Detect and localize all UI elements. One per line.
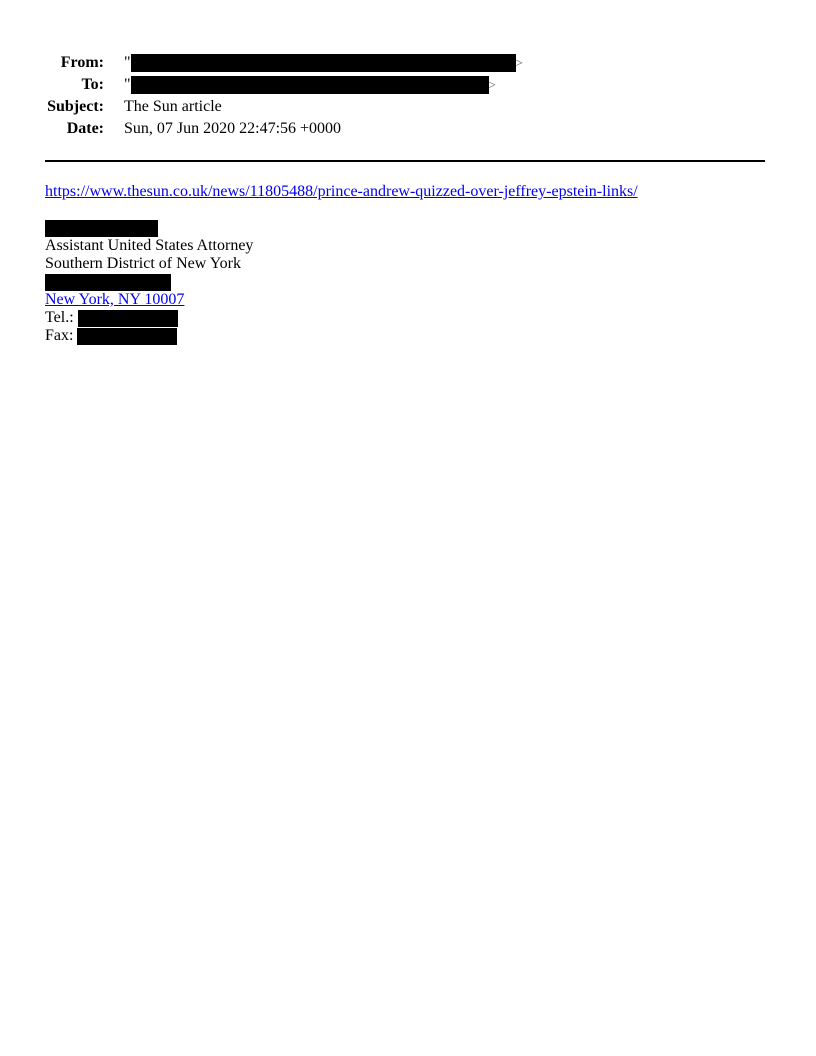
from-value: ">: [124, 52, 523, 74]
angle-bracket: >: [516, 55, 523, 70]
fax-line: Fax:: [45, 327, 177, 345]
redaction-block: [78, 310, 178, 327]
date-label: Date:: [67, 118, 104, 140]
to-value: ">: [124, 74, 496, 96]
article-link[interactable]: https://www.thesun.co.uk/news/11805488/p…: [45, 183, 638, 200]
from-label: From:: [61, 52, 104, 74]
subject-row: Subject: The Sun article: [0, 96, 800, 118]
header-divider: [45, 160, 765, 162]
city-link[interactable]: New York, NY 10007: [45, 291, 184, 308]
address-line: [45, 273, 171, 291]
from-row: From: ">: [0, 52, 800, 74]
date-row: Date: Sun, 07 Jun 2020 22:47:56 +0000: [0, 118, 800, 140]
fax-label: Fax:: [45, 327, 73, 344]
redaction-block: [45, 220, 158, 237]
article-link-line: https://www.thesun.co.uk/news/11805488/p…: [45, 183, 638, 201]
subject-label: Subject:: [47, 96, 104, 118]
tel-label: Tel.:: [45, 309, 74, 326]
subject-value: The Sun article: [124, 96, 222, 118]
redaction-block: [131, 54, 516, 72]
signature-office: Southern District of New York: [45, 255, 241, 273]
redaction-block: [45, 274, 171, 291]
tel-line: Tel.:: [45, 309, 178, 327]
to-label: To:: [81, 74, 104, 96]
to-row: To: ">: [0, 74, 800, 96]
city-line: New York, NY 10007: [45, 291, 184, 309]
redaction-block: [77, 328, 177, 345]
redaction-block: [131, 76, 489, 94]
signature-title: Assistant United States Attorney: [45, 237, 253, 255]
angle-bracket: >: [489, 77, 496, 92]
date-value: Sun, 07 Jun 2020 22:47:56 +0000: [124, 118, 341, 140]
name-line: [45, 219, 158, 237]
